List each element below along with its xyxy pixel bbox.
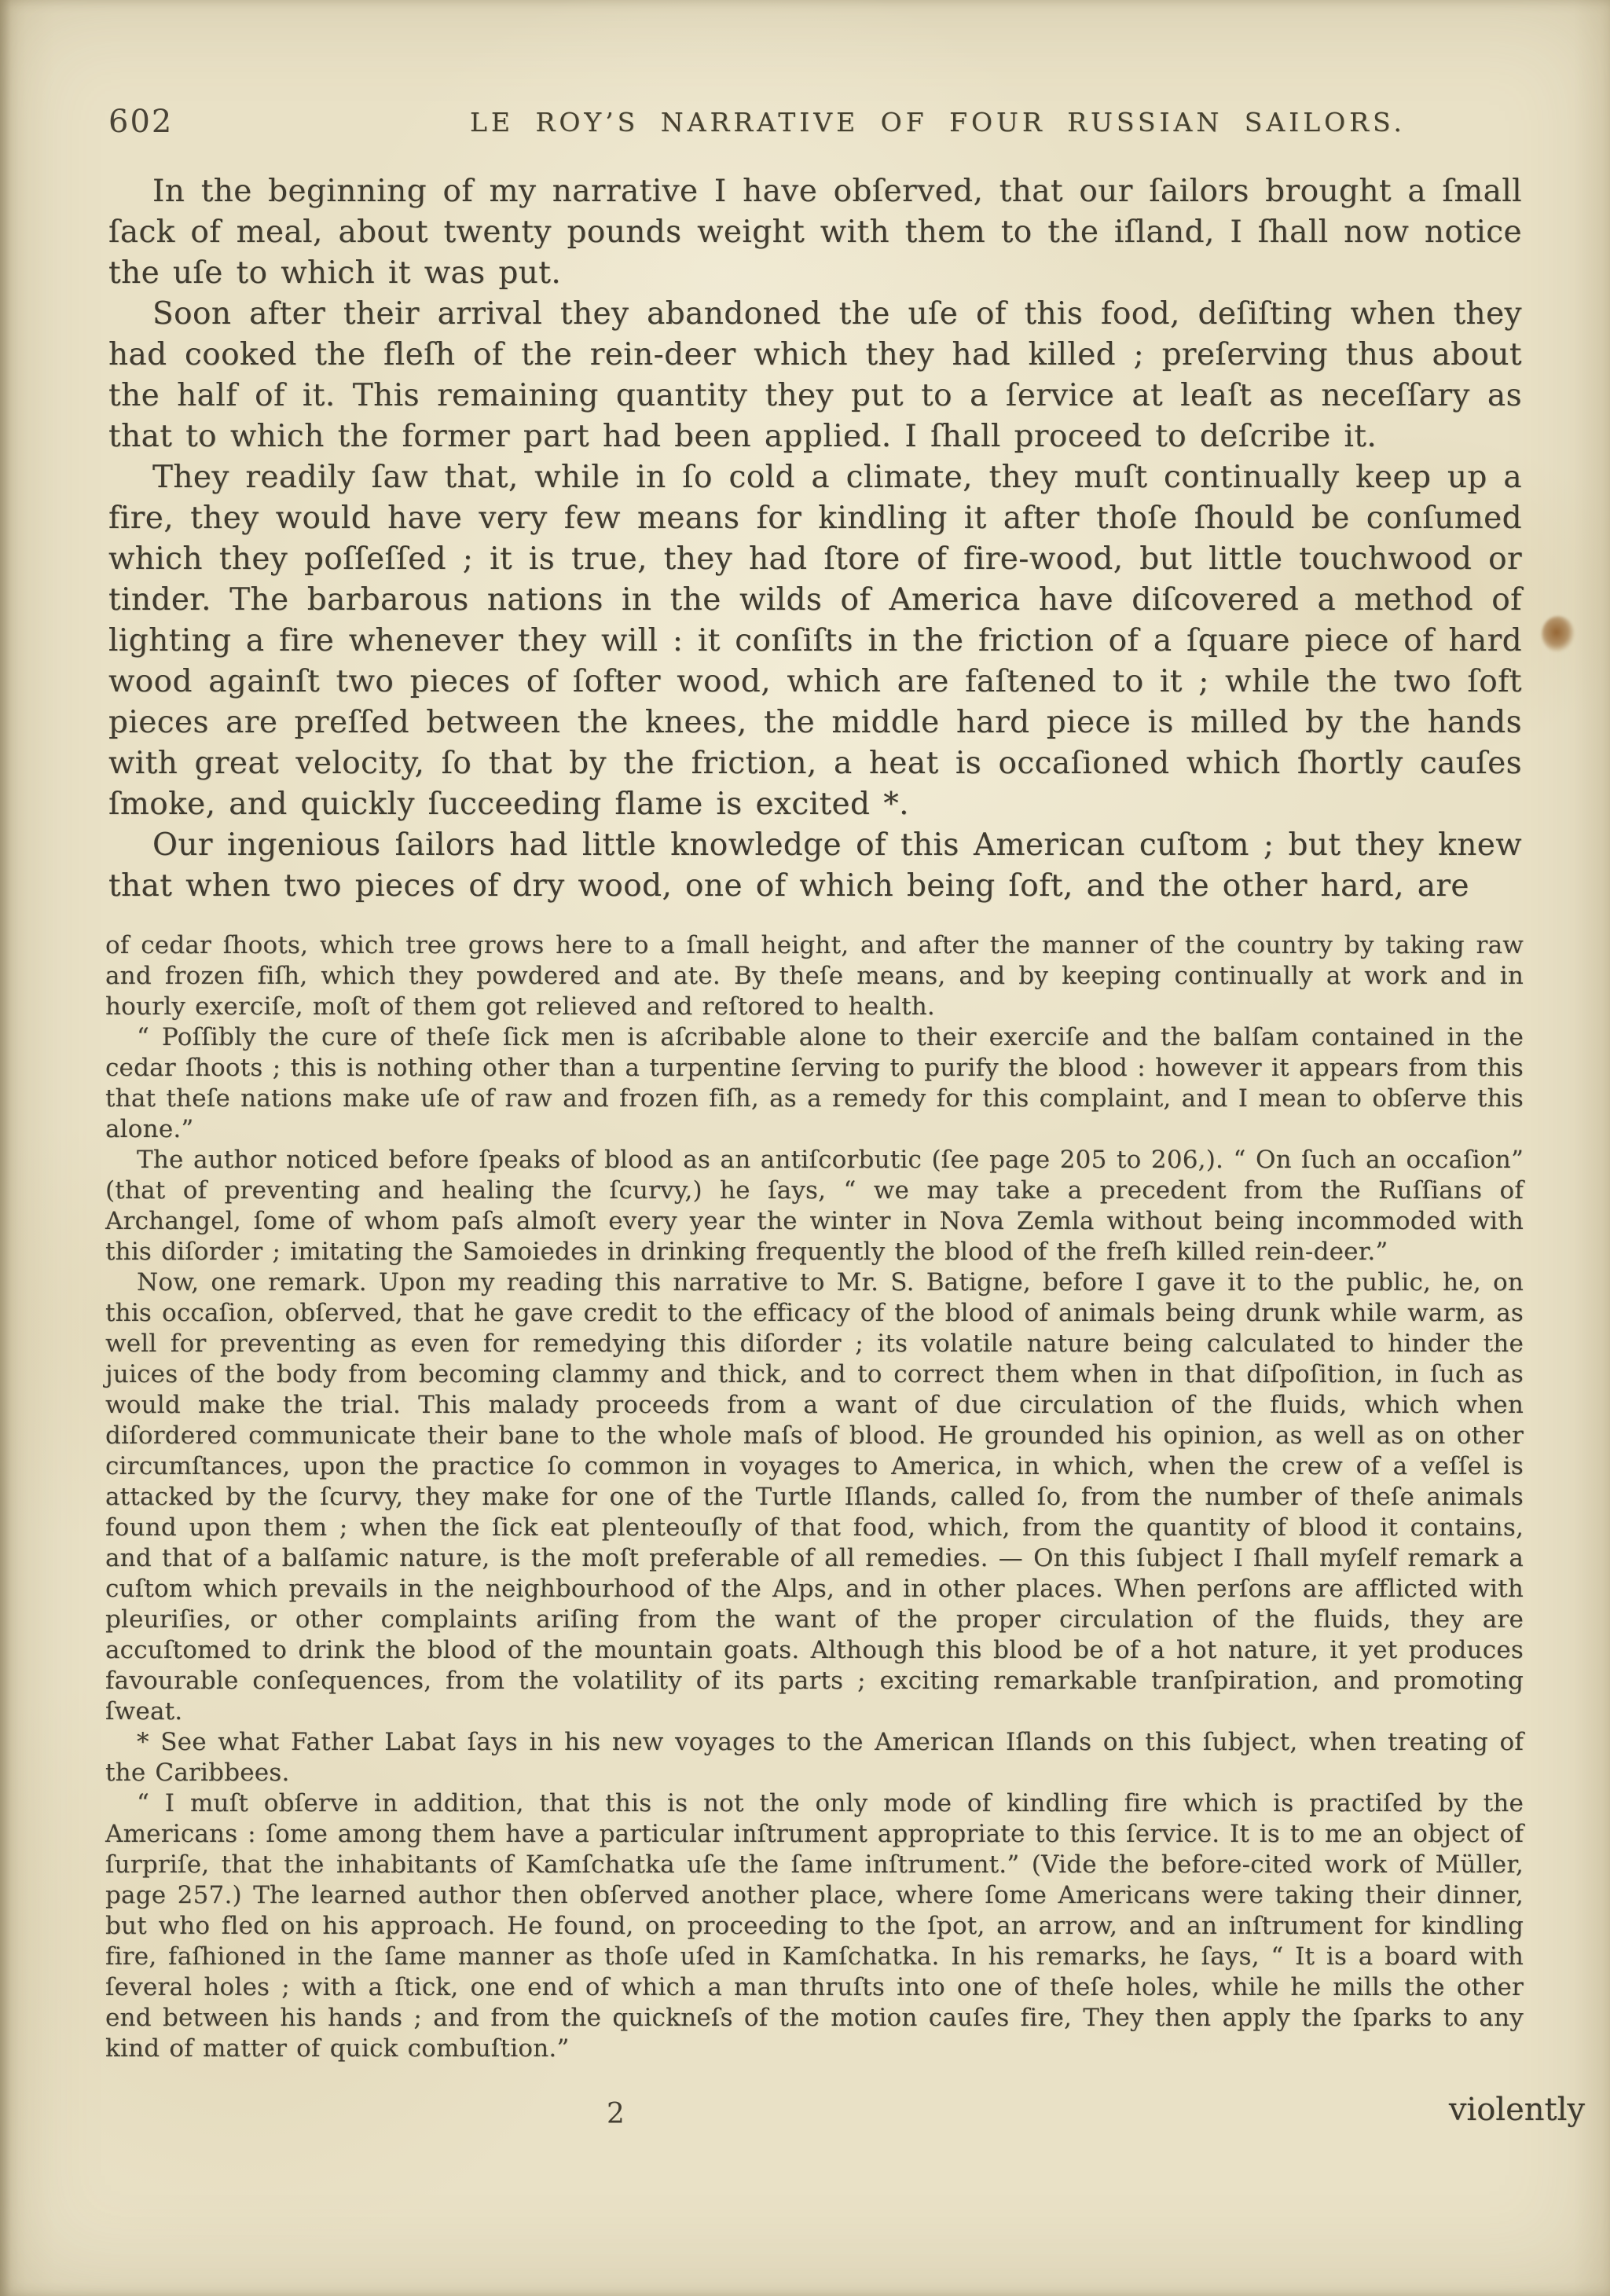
footnote-paragraph: “ Poſſibly the cure of theſe ſick men is…	[105, 1022, 1524, 1145]
page-number: 602	[108, 104, 173, 140]
footnote-paragraph: * See what Father Labat ſays in his new …	[105, 1727, 1524, 1788]
footnote-paragraph: Now, one remark. Upon my reading this na…	[105, 1267, 1524, 1727]
body-paragraph: They readily ſaw that, while in ſo cold …	[108, 457, 1522, 825]
page-footer: 2 violently	[108, 2092, 1522, 2147]
ink-stain	[1542, 616, 1575, 652]
body-paragraph: Soon after their arrival they abandoned …	[108, 294, 1522, 457]
footnote-paragraph: of cedar ſhoots, which tree grows here t…	[105, 930, 1524, 1022]
footnotes-section: of cedar ſhoots, which tree grows here t…	[105, 930, 1524, 2064]
body-paragraph: In the beginning of my narrative I have …	[108, 171, 1522, 294]
signature-mark: 2	[607, 2098, 625, 2130]
footnote-paragraph: “ I muſt obſerve in addition, that this …	[105, 1788, 1524, 2064]
footnote-paragraph: The author noticed before ſpeaks of bloo…	[105, 1145, 1524, 1267]
body-paragraph: Our ingenious ſailors had little knowled…	[108, 825, 1522, 907]
scanned-book-page: 602 LE ROY’S NARRATIVE OF FOUR RUSSIAN S…	[0, 0, 1610, 2296]
running-title: LE ROY’S NARRATIVE OF FOUR RUSSIAN SAILO…	[470, 107, 1406, 138]
catchword: violently	[1449, 2092, 1585, 2128]
page-header: 602 LE ROY’S NARRATIVE OF FOUR RUSSIAN S…	[108, 99, 1571, 146]
body-text: In the beginning of my narrative I have …	[108, 171, 1522, 907]
